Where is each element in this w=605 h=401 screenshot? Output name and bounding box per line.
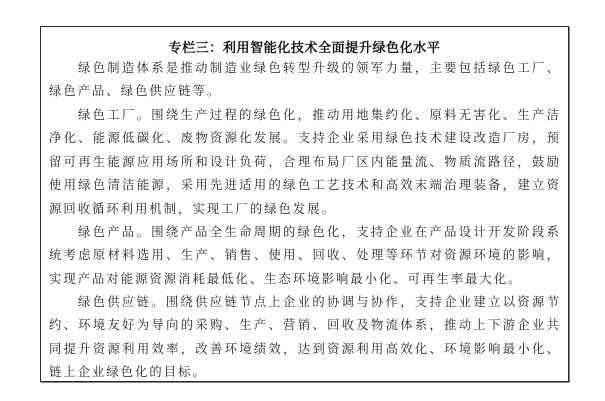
paragraph-green-product: 绿色产品。围绕产品全生命周期的绿色化，支持企业在产品设计开发阶段系统考虑原材料选… — [49, 221, 561, 291]
sidebar-box: 专栏三：利用智能化技术全面提升绿色化水平 绿色制造体系是推动制造业绿色转型升级的… — [40, 26, 569, 382]
paragraph-green-factory: 绿色工厂。围绕生产过程的绿色化，推动用地集约化、原料无害化、生产洁净化、能源低碳… — [49, 104, 561, 221]
paragraph-intro: 绿色制造体系是推动制造业绿色转型升级的领军力量，主要包括绿色工厂、绿色产品、绿色… — [49, 57, 561, 104]
box-title: 专栏三：利用智能化技术全面提升绿色化水平 — [41, 37, 568, 56]
paragraph-green-supply-chain: 绿色供应链。围绕供应链节点上企业的协调与协作，支持企业建立以资源节约、环境友好为… — [49, 291, 561, 385]
